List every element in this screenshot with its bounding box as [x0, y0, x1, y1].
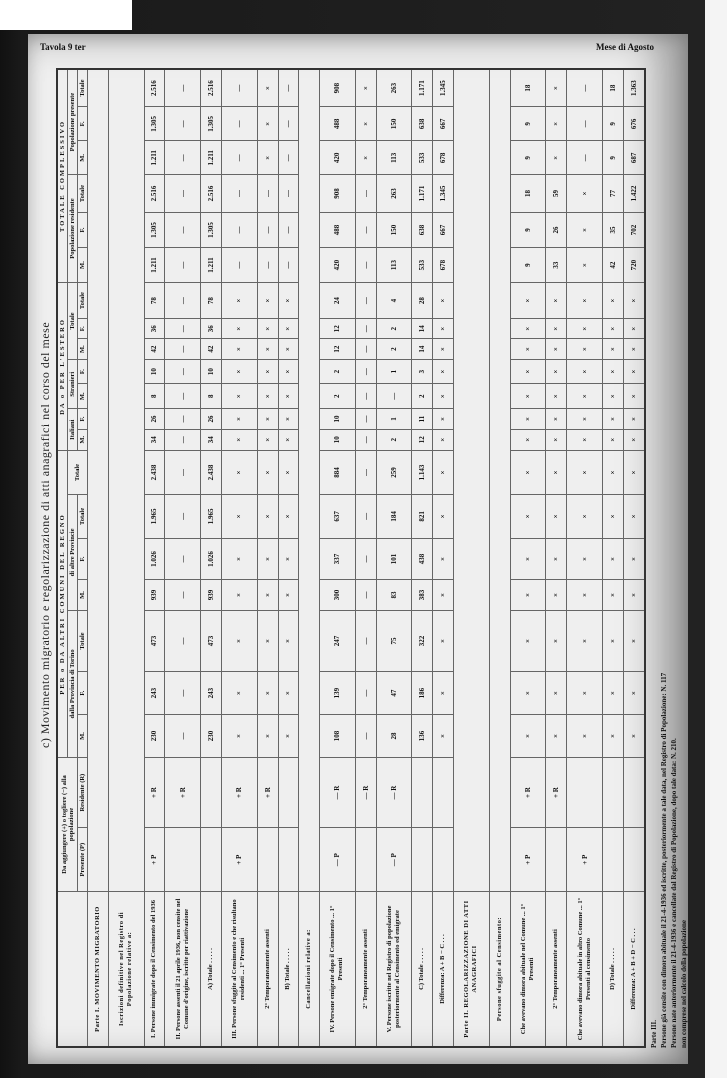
cell-alt-m: —	[355, 580, 376, 611]
header-m: M.	[78, 248, 88, 283]
cell-tor-f: ×	[546, 672, 567, 715]
table-title: c) Movimento migratorio e regolarizzazio…	[38, 322, 53, 748]
cell-pre-m: 9	[510, 141, 546, 175]
cell-res-t: —	[221, 175, 257, 213]
cell-est-m: 14	[412, 339, 433, 360]
header-tot: Totale	[78, 69, 88, 107]
header-add-remove: Da aggiungere (+) o togliere (−) alla po…	[57, 757, 78, 891]
cell-alt-m: ×	[603, 580, 624, 611]
cell-alt-f: ×	[257, 538, 278, 579]
cell-tor-m: 230	[201, 715, 222, 758]
cell-alt-m: —	[165, 580, 201, 611]
section-filler	[299, 69, 320, 892]
cell-r	[623, 757, 645, 827]
section-filler	[489, 69, 510, 892]
section-row: Persone sfuggite al Censimento:	[489, 69, 510, 1047]
cell-est-f: 12	[320, 319, 356, 339]
cell-est-m: 2	[376, 339, 412, 360]
cell-tor-f: ×	[623, 672, 645, 715]
cell-p	[623, 828, 645, 892]
cell-res-f: —	[165, 212, 201, 247]
cell-r	[603, 757, 624, 827]
cell-alt-m: ×	[567, 580, 603, 611]
cell-ita-m: ×	[567, 429, 603, 450]
cell-ita-f: —	[165, 409, 201, 429]
cell-str-f: ×	[433, 360, 454, 384]
cell-p	[412, 828, 433, 892]
cell-res-t: ×	[567, 175, 603, 213]
header-tot: Totale	[78, 282, 88, 318]
cell-est-f: ×	[221, 319, 257, 339]
row-label: Che avevano dimora abituale nel Comune .…	[510, 892, 546, 1048]
cell-tor-f: ×	[278, 672, 299, 715]
cell-str-f: —	[355, 360, 376, 384]
cell-pre-f: 488	[320, 107, 356, 141]
table-row: 2° Temporaneamente assenti+ R×××××××××××…	[546, 69, 567, 1047]
cell-tor-m: —	[355, 715, 376, 758]
cell-pre-f: —	[165, 107, 201, 141]
cell-pre-t: 18	[603, 69, 624, 107]
rotated-content: c) Movimento migratorio e regolarizzazio…	[40, 58, 672, 1048]
row-label: Parte I. MOVIMENTO MIGRATORIO	[88, 892, 109, 1048]
cell-res-t: 1.345	[433, 175, 454, 213]
cell-str-f: ×	[546, 360, 567, 384]
cell-ita-m: —	[355, 429, 376, 450]
cell-res-f: ×	[567, 212, 603, 247]
cell-est-t: ×	[221, 282, 257, 318]
header-f: F.	[78, 360, 88, 384]
cell-pre-m: 113	[376, 141, 412, 175]
cell-est-t: 4	[376, 282, 412, 318]
cell-res-m: 533	[412, 248, 433, 283]
cell-str-m: ×	[603, 384, 624, 409]
row-label: 2° Temporaneamente assenti	[355, 892, 376, 1048]
cell-res-m: —	[278, 248, 299, 283]
cell-alt-m: ×	[433, 580, 454, 611]
cell-r: + R	[510, 757, 546, 827]
cell-ita-m: —	[165, 429, 201, 450]
cell-est-m: ×	[278, 339, 299, 360]
cell-reg-t: ×	[603, 450, 624, 494]
cell-pre-f: —	[278, 107, 299, 141]
cell-res-f: 702	[623, 212, 645, 247]
row-label: Iscrizioni definitive nel Registro di Po…	[108, 892, 144, 1048]
cell-str-f: ×	[623, 360, 645, 384]
cell-res-m: 113	[376, 248, 412, 283]
cell-alt-t: —	[355, 494, 376, 538]
cell-alt-m: 939	[201, 580, 222, 611]
cell-str-m: ×	[510, 384, 546, 409]
cell-res-t: 2.516	[144, 175, 165, 213]
header-pop-residente: Popolazione residente	[68, 175, 78, 283]
cell-alt-f: ×	[510, 538, 546, 579]
section-filler	[453, 69, 489, 892]
header-residente: Residente (R)	[78, 757, 88, 827]
header-m: M.	[78, 429, 88, 450]
cell-res-f: —	[221, 212, 257, 247]
cell-pre-m: 9	[603, 141, 624, 175]
cell-pre-m: ×	[546, 141, 567, 175]
cell-tor-f: 186	[412, 672, 433, 715]
cell-p	[433, 828, 454, 892]
cell-pre-f: 1.305	[201, 107, 222, 141]
header-presente: Presente (P)	[78, 828, 88, 892]
cell-tor-f: ×	[433, 672, 454, 715]
cell-reg-t: —	[355, 450, 376, 494]
cell-est-t: ×	[433, 282, 454, 318]
cell-est-f: ×	[623, 319, 645, 339]
cell-alt-f: ×	[623, 538, 645, 579]
cell-est-t: 28	[412, 282, 433, 318]
cell-tor-f: ×	[221, 672, 257, 715]
cell-str-f: 10	[144, 360, 165, 384]
cell-pre-f: ×	[546, 107, 567, 141]
cell-tor-m: ×	[546, 715, 567, 758]
cell-tor-m: ×	[433, 715, 454, 758]
cell-res-f: 638	[412, 212, 433, 247]
cell-pre-t: ×	[355, 69, 376, 107]
cell-pre-f: 667	[433, 107, 454, 141]
cell-est-f: 36	[201, 319, 222, 339]
cell-r: — R	[320, 757, 356, 827]
cell-tor-t: ×	[257, 610, 278, 671]
cell-est-t: —	[355, 282, 376, 318]
cell-p	[278, 828, 299, 892]
cell-pre-f: 1.305	[144, 107, 165, 141]
cell-pre-t: —	[165, 69, 201, 107]
cell-res-f: 488	[320, 212, 356, 247]
cell-res-t: 908	[320, 175, 356, 213]
cell-tor-m: ×	[221, 715, 257, 758]
cell-ita-m: 12	[412, 429, 433, 450]
cell-alt-m: ×	[546, 580, 567, 611]
cell-str-f: ×	[510, 360, 546, 384]
cell-est-t: ×	[623, 282, 645, 318]
cell-alt-f: 1.026	[144, 538, 165, 579]
cell-tor-f: 243	[144, 672, 165, 715]
cell-pre-f: —	[221, 107, 257, 141]
row-label: D) Totale . . . . .	[603, 892, 624, 1048]
row-label: V. Persone iscritte nel Registro di popo…	[376, 892, 412, 1048]
cell-tor-t: 322	[412, 610, 433, 671]
header-m: M.	[78, 580, 88, 611]
cell-str-m: 8	[201, 384, 222, 409]
cell-tor-f: 139	[320, 672, 356, 715]
cell-p: + P	[221, 828, 257, 892]
footnote-note: non comprese nel calcolo della popolazio…	[680, 68, 688, 1048]
cell-str-m: 8	[144, 384, 165, 409]
cell-res-f: —	[257, 212, 278, 247]
cell-alt-m: ×	[510, 580, 546, 611]
cell-alt-f: 101	[376, 538, 412, 579]
cell-res-t: 59	[546, 175, 567, 213]
cell-tor-t: 247	[320, 610, 356, 671]
cell-res-m: —	[221, 248, 257, 283]
section-row: Cancellazioni relative a:	[299, 69, 320, 1047]
table-row: D) Totale . . . . .××××××××××××××4235779…	[603, 69, 624, 1047]
header-m: M.	[78, 141, 88, 175]
header-prov-torino: dalla Provincia di Torino	[68, 610, 78, 757]
cell-p	[201, 828, 222, 892]
cell-ita-m: 34	[144, 429, 165, 450]
cell-r	[567, 757, 603, 827]
cell-r: + R	[144, 757, 165, 827]
cell-tor-t: 75	[376, 610, 412, 671]
cell-str-m: —	[376, 384, 412, 409]
cell-est-f: ×	[510, 319, 546, 339]
cell-res-f: 35	[603, 212, 624, 247]
cell-p	[165, 828, 201, 892]
row-label: I. Persone immigrate dopo il Censimento …	[144, 892, 165, 1048]
cell-pre-f: 9	[510, 107, 546, 141]
cell-est-f: ×	[257, 319, 278, 339]
cell-reg-t: ×	[221, 450, 257, 494]
table-row: V. Persone iscritte nel Registro di popo…	[376, 69, 412, 1047]
header-tot: Totale	[78, 610, 88, 671]
cell-r: + R	[221, 757, 257, 827]
cell-pre-m: —	[278, 141, 299, 175]
cell-pre-m: 1.211	[144, 141, 165, 175]
section-filler	[108, 69, 144, 892]
cell-res-f: —	[355, 212, 376, 247]
table-row: B) Totale . . . . .××××××××××××××——————	[278, 69, 299, 1047]
cell-est-m: ×	[257, 339, 278, 360]
cell-est-m: —	[355, 339, 376, 360]
cell-est-m: ×	[221, 339, 257, 360]
footnote-line-2: Persone nate anteriormente il 21-4-1936 …	[670, 68, 678, 1048]
table-row: 2° Temporaneamente assenti— R———————————…	[355, 69, 376, 1047]
cell-reg-t: 2.438	[201, 450, 222, 494]
cell-res-f: 150	[376, 212, 412, 247]
cell-res-t: 77	[603, 175, 624, 213]
cell-str-f: 2	[320, 360, 356, 384]
cell-est-m: ×	[623, 339, 645, 360]
header-tot: Totale	[78, 175, 88, 213]
section-row: Parte I. MOVIMENTO MIGRATORIO	[88, 69, 109, 1047]
table-row: C) Totale . . . . .1361863223834388211.1…	[412, 69, 433, 1047]
cell-p	[546, 828, 567, 892]
cell-ita-m: 2	[376, 429, 412, 450]
cell-est-t: —	[165, 282, 201, 318]
cell-pre-f: 638	[412, 107, 433, 141]
cell-est-m: ×	[546, 339, 567, 360]
cell-pre-t: —	[567, 69, 603, 107]
row-label: 2° Temporaneamente assenti	[546, 892, 567, 1048]
cell-res-m: 33	[546, 248, 567, 283]
cell-reg-t: ×	[567, 450, 603, 494]
cell-ita-f: ×	[257, 409, 278, 429]
cell-ita-m: ×	[623, 429, 645, 450]
cell-r	[433, 757, 454, 827]
cell-ita-f: ×	[603, 409, 624, 429]
cell-tor-f: ×	[567, 672, 603, 715]
cell-r	[201, 757, 222, 827]
table-number-label: Tavola 9 ter	[40, 42, 86, 52]
table-row: Che avevano dimora abituale nel Comune .…	[510, 69, 546, 1047]
cell-reg-t: 259	[376, 450, 412, 494]
cell-ita-f: 11	[412, 409, 433, 429]
cell-pre-m: ×	[355, 141, 376, 175]
cell-alt-f: ×	[221, 538, 257, 579]
cell-tor-t: ×	[433, 610, 454, 671]
cell-alt-f: ×	[567, 538, 603, 579]
cell-ita-f: 1	[376, 409, 412, 429]
table-row: III. Persone sfuggite al Censimento e ch…	[221, 69, 257, 1047]
cell-alt-f: 438	[412, 538, 433, 579]
row-label: Persone sfuggite al Censimento:	[489, 892, 510, 1048]
cell-reg-t: ×	[278, 450, 299, 494]
cell-alt-t: ×	[221, 494, 257, 538]
cell-p: + P	[144, 828, 165, 892]
cell-str-f: ×	[257, 360, 278, 384]
cell-str-m: —	[165, 384, 201, 409]
table-row: 2° Temporaneamente assenti+ R×××××××××××…	[257, 69, 278, 1047]
table-row: A) Totale . . . . .2302434739391.0261.96…	[201, 69, 222, 1047]
cell-tor-t: ×	[221, 610, 257, 671]
cell-pre-f: 676	[623, 107, 645, 141]
cell-alt-t: ×	[546, 494, 567, 538]
cell-tor-f: —	[165, 672, 201, 715]
cell-tor-m: ×	[278, 715, 299, 758]
cell-res-f: 9	[510, 212, 546, 247]
cell-alt-m: ×	[221, 580, 257, 611]
cell-tor-m: 28	[376, 715, 412, 758]
cell-res-m: 9	[510, 248, 546, 283]
cell-alt-t: ×	[510, 494, 546, 538]
cell-p	[355, 828, 376, 892]
header-f: F.	[78, 538, 88, 579]
table-row: Che avevano dimora abituale in altro Com…	[567, 69, 603, 1047]
cell-str-f: ×	[567, 360, 603, 384]
cell-res-m: —	[257, 248, 278, 283]
migration-table: Da aggiungere (+) o togliere (−) alla po…	[56, 68, 646, 1048]
row-label: Parte II. REGOLARIZZAZIONE DI ATTI ANAGR…	[453, 892, 489, 1048]
cell-est-f: 36	[144, 319, 165, 339]
header-totale-estero: Totale	[68, 282, 78, 359]
cell-str-m: ×	[546, 384, 567, 409]
cell-est-f: —	[165, 319, 201, 339]
cell-pre-t: 1.171	[412, 69, 433, 107]
header-pop-presente: Popolazione presente	[68, 69, 78, 175]
cell-res-m: 42	[603, 248, 624, 283]
cell-pre-t: ×	[546, 69, 567, 107]
cell-r: + R	[546, 757, 567, 827]
rotated-content-wrapper: c) Movimento migratorio e regolarizzazio…	[40, 58, 672, 1048]
cell-alt-f: —	[165, 538, 201, 579]
table-body: Parte I. MOVIMENTO MIGRATORIOIscrizioni …	[88, 69, 646, 1047]
cell-res-t: —	[355, 175, 376, 213]
cell-tor-f: ×	[510, 672, 546, 715]
cell-alt-f: ×	[278, 538, 299, 579]
cell-alt-f: 337	[320, 538, 356, 579]
cell-est-t: ×	[546, 282, 567, 318]
cell-tor-m: ×	[567, 715, 603, 758]
cell-tor-m: 230	[144, 715, 165, 758]
cell-tor-t: ×	[567, 610, 603, 671]
cell-est-f: ×	[546, 319, 567, 339]
cell-res-m: —	[165, 248, 201, 283]
cell-pre-m: —	[567, 141, 603, 175]
cell-reg-t: 2.438	[144, 450, 165, 494]
cell-tor-m: ×	[623, 715, 645, 758]
cell-est-t: 78	[144, 282, 165, 318]
header-f: F.	[78, 672, 88, 715]
cell-ita-m: ×	[510, 429, 546, 450]
cell-pre-f: ×	[257, 107, 278, 141]
cell-pre-t: 18	[510, 69, 546, 107]
cell-res-t: —	[165, 175, 201, 213]
cell-est-f: —	[355, 319, 376, 339]
cell-res-f: 26	[546, 212, 567, 247]
header-m: M.	[78, 339, 88, 360]
cell-pre-t: 2.516	[201, 69, 222, 107]
cell-alt-m: 300	[320, 580, 356, 611]
cell-str-m: ×	[623, 384, 645, 409]
cell-tor-t: ×	[510, 610, 546, 671]
row-label: II. Persone assenti il 21 aprile 1936, n…	[165, 892, 201, 1048]
cell-est-f: ×	[567, 319, 603, 339]
cell-tor-f: —	[355, 672, 376, 715]
cell-res-t: 263	[376, 175, 412, 213]
cell-ita-f: ×	[567, 409, 603, 429]
cell-tor-m: ×	[257, 715, 278, 758]
scan-right-margin	[705, 0, 727, 1078]
cell-tor-t: ×	[603, 610, 624, 671]
row-label: IV. Persone emigrate dopo il Censimento …	[320, 892, 356, 1048]
cell-res-t: —	[278, 175, 299, 213]
cell-tor-f: 47	[376, 672, 412, 715]
cell-pre-t: 908	[320, 69, 356, 107]
cell-ita-m: ×	[433, 429, 454, 450]
cell-res-t: —	[257, 175, 278, 213]
cell-p: + P	[567, 828, 603, 892]
cell-alt-m: 939	[144, 580, 165, 611]
cell-tor-t: ×	[546, 610, 567, 671]
header-italiani: Italiani	[68, 409, 78, 451]
cell-res-m: 1.211	[201, 248, 222, 283]
section-filler	[88, 69, 109, 892]
cell-est-t: 78	[201, 282, 222, 318]
cell-res-f: 667	[433, 212, 454, 247]
cell-pre-t: ×	[257, 69, 278, 107]
cell-r	[278, 757, 299, 827]
header-f: F.	[78, 409, 88, 429]
cell-res-f: —	[278, 212, 299, 247]
cell-pre-m: 420	[320, 141, 356, 175]
cell-pre-f: 9	[603, 107, 624, 141]
cell-est-m: 42	[201, 339, 222, 360]
cell-est-m: ×	[510, 339, 546, 360]
cell-p	[257, 828, 278, 892]
cell-est-m: ×	[433, 339, 454, 360]
cell-str-f: 1	[376, 360, 412, 384]
cell-str-m: ×	[221, 384, 257, 409]
header-f: F.	[78, 212, 88, 247]
cell-reg-t: ×	[433, 450, 454, 494]
cell-p: — P	[320, 828, 356, 892]
cell-str-f: 3	[412, 360, 433, 384]
month-label: Mese di Agosto	[596, 42, 654, 52]
cell-ita-f: 10	[320, 409, 356, 429]
row-label: B) Totale . . . . .	[278, 892, 299, 1048]
cell-alt-m: ×	[257, 580, 278, 611]
cell-pre-m: 678	[433, 141, 454, 175]
cell-ita-f: ×	[623, 409, 645, 429]
cell-tor-f: 243	[201, 672, 222, 715]
cell-str-f: ×	[278, 360, 299, 384]
cell-reg-t: —	[165, 450, 201, 494]
cell-est-t: 24	[320, 282, 356, 318]
